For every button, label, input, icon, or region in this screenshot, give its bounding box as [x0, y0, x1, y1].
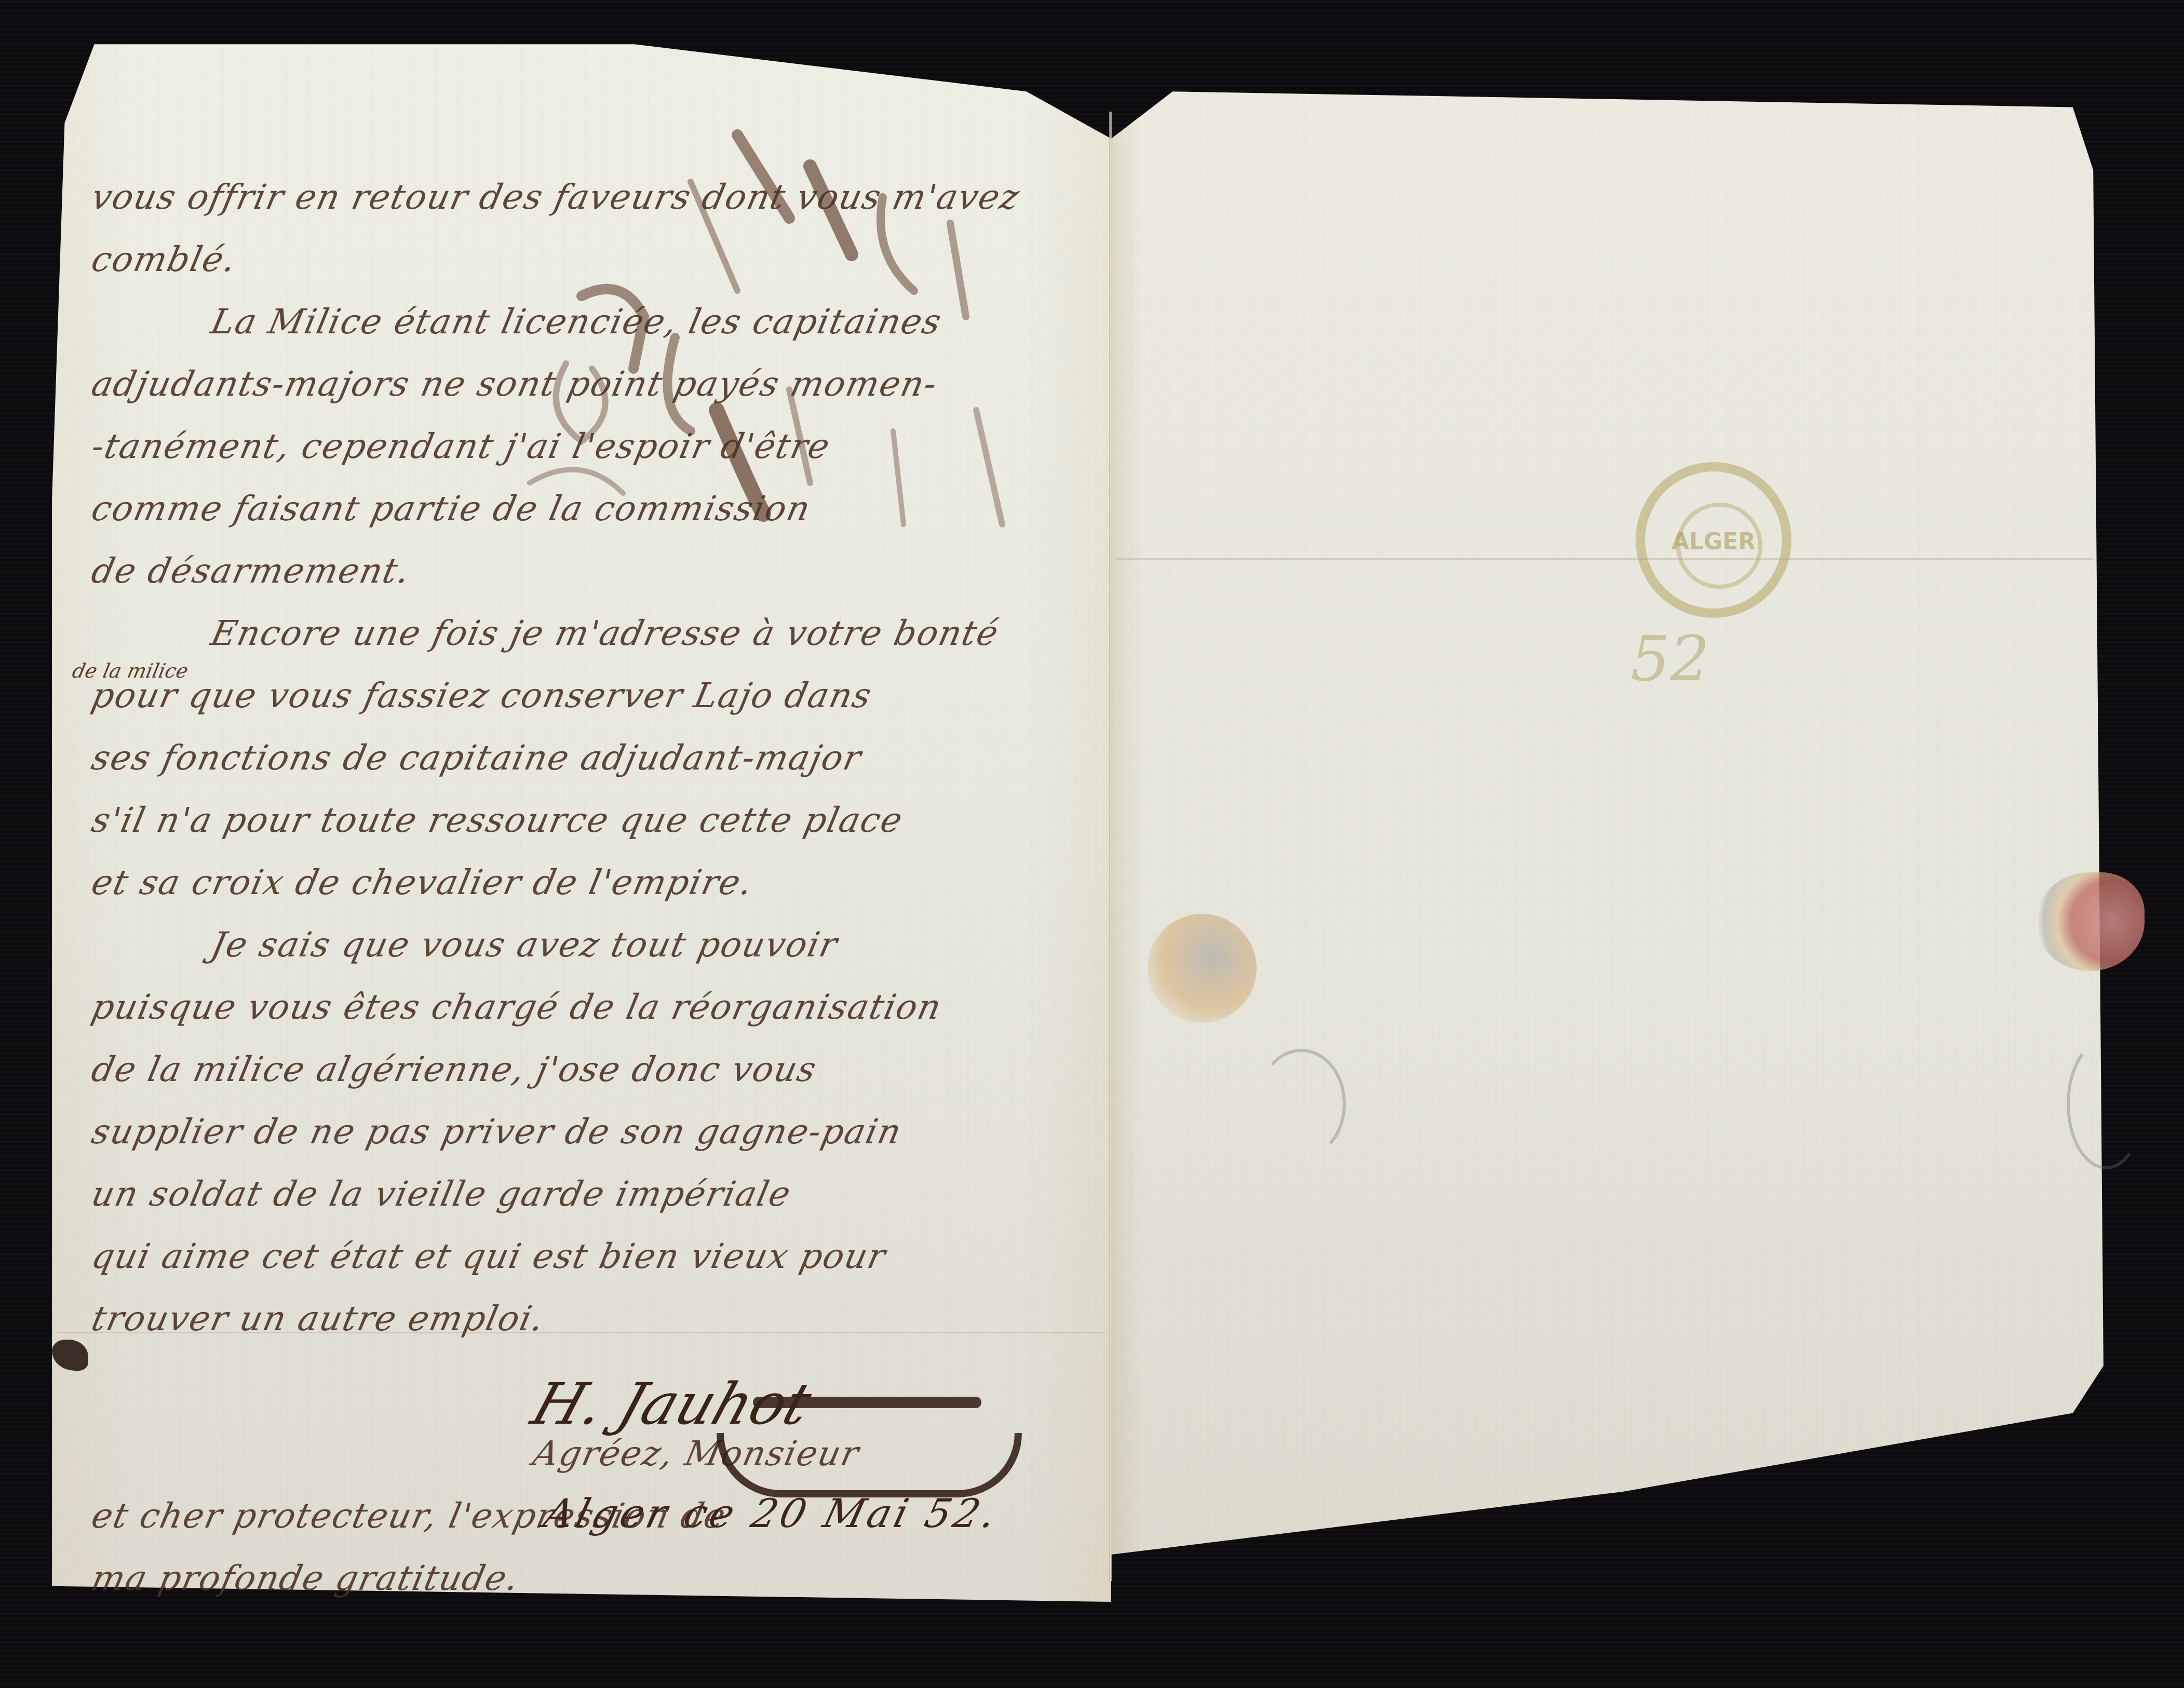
dateline: Alger ce 20 Mai 52.	[540, 1490, 1004, 1536]
letter-line: s'il n'a pour toute ressource que cette …	[86, 789, 1112, 852]
letter-line: qui aime cet état et qui est bien vieux …	[86, 1225, 1112, 1288]
letter-line: -tanément, cependant j'ai l'espoir d'êtr…	[86, 415, 1112, 478]
letter-line: supplier de ne pas priver de son gagne-p…	[86, 1101, 1112, 1163]
letter-line: un soldat de la vieille garde impériale	[86, 1163, 1112, 1225]
right-page	[1111, 29, 2134, 1602]
horizontal-crease	[1116, 558, 2093, 560]
center-fold	[1109, 112, 1112, 1581]
letter-line: et sa croix de chevalier de l'empire.	[86, 852, 1112, 914]
letter-line: comblé.	[86, 228, 1112, 291]
letter-line: La Milice étant licenciée, les capitaine…	[86, 291, 1112, 353]
letter-line: trouver un autre emploi.	[86, 1288, 1112, 1350]
letter-line: vous offrir en retour des faveurs dont v…	[86, 166, 1112, 228]
letter-line: Je sais que vous avez tout pouvoir	[86, 914, 1112, 976]
letter-line: pour que vous fassiez conserver Lajo dan…	[86, 665, 1112, 727]
letter-line: de la milice algérienne, j'ose donc vous	[86, 1038, 1112, 1101]
postmark-stamp: ALGER	[1636, 462, 1791, 618]
letter-line-closing: ma profonde gratitude.	[86, 1547, 1112, 1610]
signature: H. Jauhot	[524, 1371, 819, 1437]
letter-line: puisque vous êtes chargé de la réorganis…	[86, 976, 1112, 1038]
letter-line: comme faisant partie de la commission	[86, 478, 1112, 540]
postmark-text: ALGER	[1645, 529, 1782, 555]
rate-mark: 52	[1630, 623, 1710, 695]
wax-seal-remnant	[1148, 914, 1257, 1023]
wax-seal-remnant-red	[2035, 872, 2145, 971]
signature-flourish-underline	[717, 1433, 1022, 1497]
letter-line: de désarmement.	[86, 540, 1112, 602]
letter-line: adjudants-majors ne sont point payés mom…	[86, 353, 1112, 415]
letter-line: ses fonctions de capitaine adjudant-majo…	[86, 727, 1112, 789]
interlinear-note: de la milice	[70, 659, 190, 682]
faint-grey-stamp	[2067, 1038, 2146, 1169]
faint-grey-stamp	[1257, 1049, 1346, 1159]
letter-line: Encore une fois je m'adresse à votre bon…	[86, 602, 1112, 665]
